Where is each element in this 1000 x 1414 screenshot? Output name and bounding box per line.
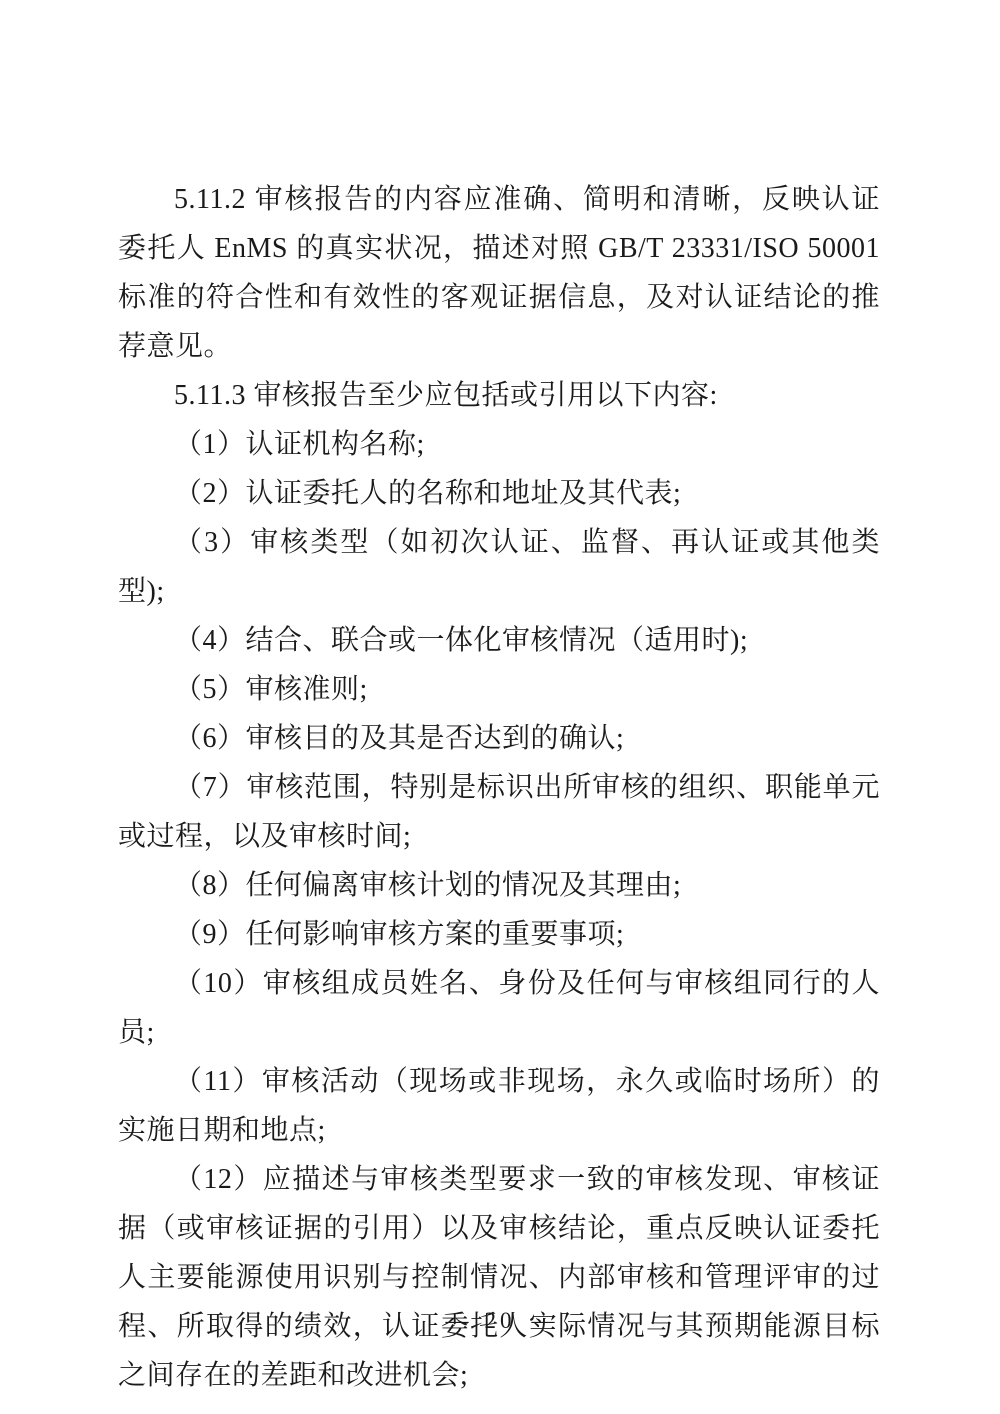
footer-dash-right: — <box>532 1308 555 1334</box>
footer-dash-left: — <box>446 1308 469 1334</box>
document-page: 5.11.2 审核报告的内容应准确、简明和清晰，反映认证委托人 EnMS 的真实… <box>0 0 1000 1414</box>
paragraph-5-11-3: 5.11.3 审核报告至少应包括或引用以下内容: <box>118 371 880 420</box>
list-item-3: （3）审核类型（如初次认证、监督、再认证或其他类型); <box>118 518 880 616</box>
page-number: 20 <box>485 1308 516 1334</box>
list-item-9: （9）任何影响审核方案的重要事项; <box>118 910 880 959</box>
page-body: 5.11.2 审核报告的内容应准确、简明和清晰，反映认证委托人 EnMS 的真实… <box>118 175 880 1400</box>
list-item-10: （10）审核组成员姓名、身份及任何与审核组同行的人员; <box>118 959 880 1057</box>
list-item-5: （5）审核准则; <box>118 665 880 714</box>
list-item-7: （7）审核范围，特别是标识出所审核的组织、职能单元或过程，以及审核时间; <box>118 763 880 861</box>
list-item-12: （12）应描述与审核类型要求一致的审核发现、审核证据（或审核证据的引用）以及审核… <box>118 1155 880 1400</box>
list-item-2: （2）认证委托人的名称和地址及其代表; <box>118 469 880 518</box>
paragraph-5-11-2: 5.11.2 审核报告的内容应准确、简明和清晰，反映认证委托人 EnMS 的真实… <box>118 175 880 371</box>
list-item-11: （11）审核活动（现场或非现场，永久或临时场所）的实施日期和地点; <box>118 1057 880 1155</box>
list-item-6: （6）审核目的及其是否达到的确认; <box>118 714 880 763</box>
list-item-8: （8）任何偏离审核计划的情况及其理由; <box>118 861 880 910</box>
list-item-4: （4）结合、联合或一体化审核情况（适用时); <box>118 616 880 665</box>
list-item-1: （1）认证机构名称; <box>118 420 880 469</box>
page-footer: —20— <box>0 1308 1000 1334</box>
